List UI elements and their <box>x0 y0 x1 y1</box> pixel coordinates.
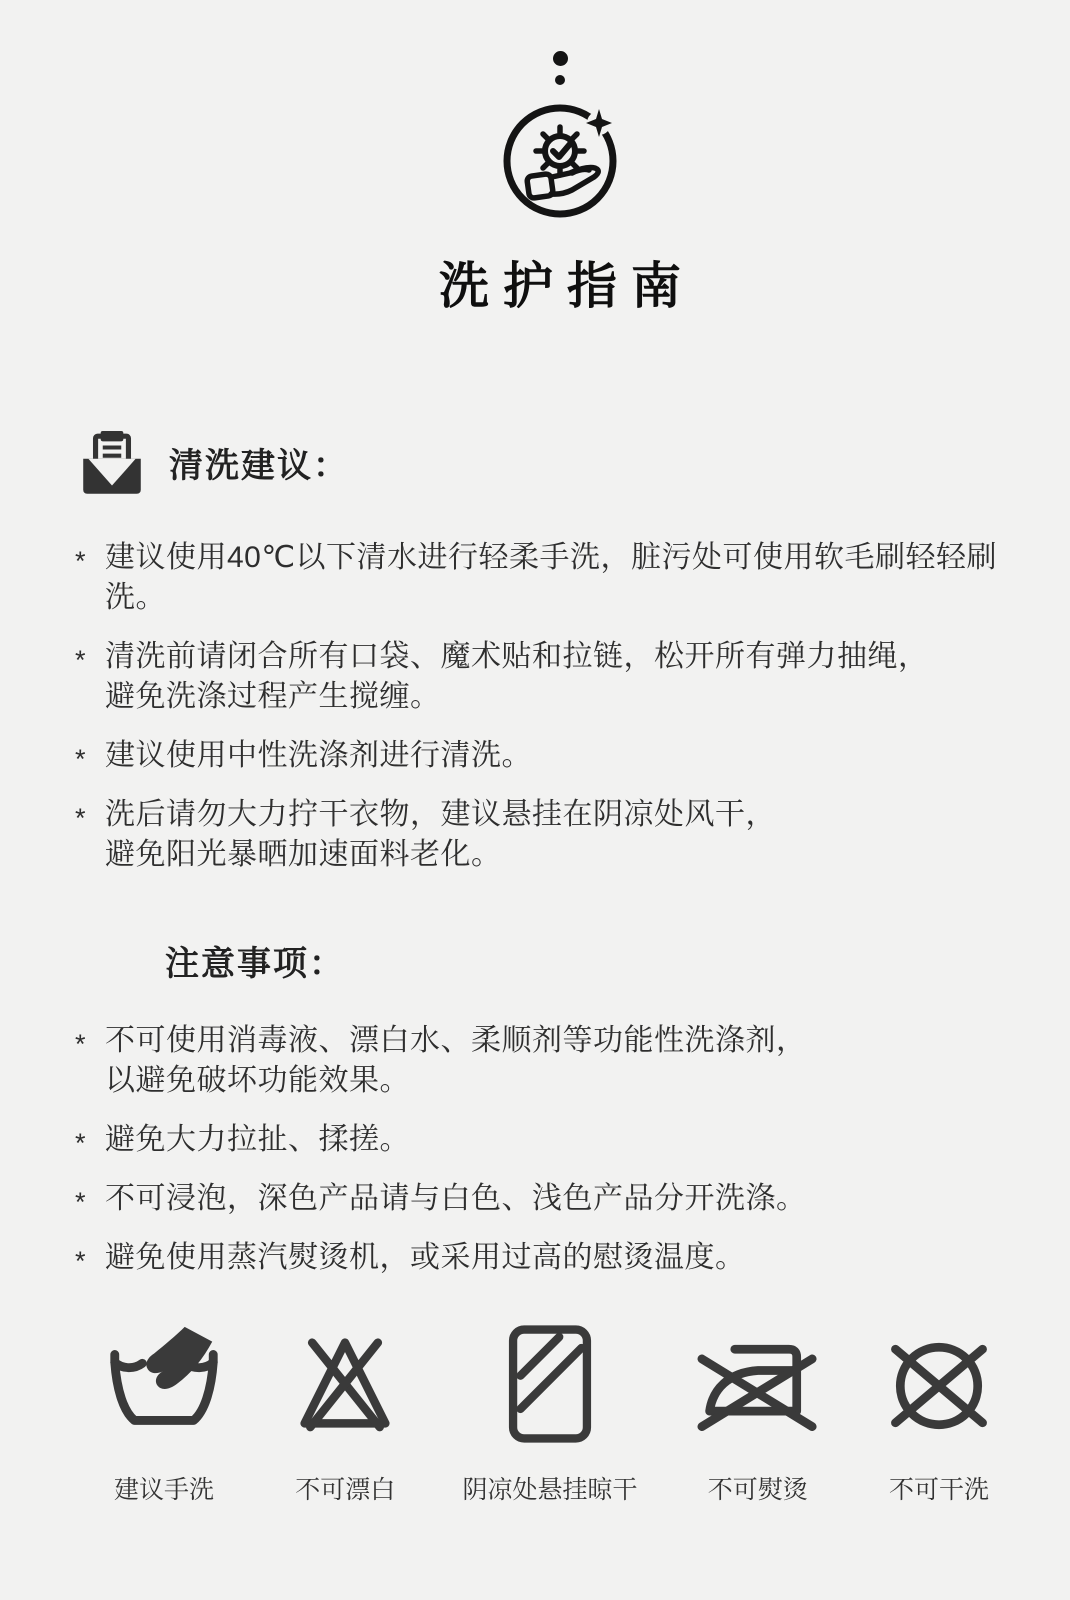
bullet-marker: * <box>75 1024 105 1104</box>
section-washing-advice: 清洗建议： * 建议使用40℃以下清水进行轻柔手洗，脏污处可使用软毛刷轻轻刷洗。… <box>75 430 1040 875</box>
bullet-text: 避免大力拉扯、揉搓。 <box>105 1120 410 1160</box>
bullet-item: * 避免大力拉扯、揉搓。 <box>75 1120 1040 1160</box>
bullet-text: 不可使用消毒液、漂白水、柔顺剂等功能性洗涤剂， 以避免破坏功能效果。 <box>105 1021 807 1101</box>
page-title: 洗护指南 <box>25 260 1070 312</box>
bullet-marker: * <box>75 1241 105 1281</box>
hero: 洗护指南 <box>25 0 1070 312</box>
section-title: 注意事项： <box>165 943 345 985</box>
care-symbol-no-iron: 不可熨烫 <box>694 1320 822 1506</box>
care-symbol-label: 不可熨烫 <box>708 1470 808 1506</box>
bullet-item: * 建议使用中性洗涤剂进行清洗。 <box>75 736 1040 776</box>
bullet-item: * 避免使用蒸汽熨烫机，或采用过高的慰烫温度。 <box>75 1238 1040 1278</box>
care-symbol-shade-hang-dry: 阴凉处悬挂晾干 <box>462 1320 637 1506</box>
care-icon-box <box>502 1320 598 1446</box>
decor-dot-small <box>555 75 565 85</box>
bullet-text: 清洗前请闭合所有口袋、魔术贴和拉链，松开所有弹力抽绳， 避免洗涤过程产生搅缠。 <box>105 637 929 717</box>
bullet-item: * 不可使用消毒液、漂白水、柔顺剂等功能性洗涤剂， 以避免破坏功能效果。 <box>75 1021 1040 1101</box>
do-not-dry-clean-icon <box>878 1326 1000 1446</box>
bullet-text: 避免使用蒸汽熨烫机，或采用过高的慰烫温度。 <box>105 1238 746 1278</box>
care-symbol-label: 不可漂白 <box>295 1470 395 1506</box>
do-not-bleach-icon <box>284 1320 406 1446</box>
section-washing-advice-header: 清洗建议： <box>75 430 1040 502</box>
bullet-marker: * <box>75 640 105 720</box>
bullet-marker: * <box>75 541 105 621</box>
care-symbol-label: 不可干洗 <box>889 1470 989 1506</box>
bullet-text: 建议使用40℃以下清水进行轻柔手洗，脏污处可使用软毛刷轻轻刷洗。 <box>105 538 1040 618</box>
bullet-text: 洗后请勿大力拧干衣物，建议悬挂在阴凉处风干， 避免阳光暴晒加速面料老化。 <box>105 795 776 875</box>
bullet-item: * 建议使用40℃以下清水进行轻柔手洗，脏污处可使用软毛刷轻轻刷洗。 <box>75 538 1040 618</box>
care-symbol-hand-wash: 建议手洗 <box>100 1320 228 1506</box>
bullet-marker: * <box>75 1123 105 1163</box>
bullet-item: * 洗后请勿大力拧干衣物，建议悬挂在阴凉处风干， 避免阳光暴晒加速面料老化。 <box>75 795 1040 875</box>
do-not-iron-icon <box>694 1326 822 1446</box>
shade-hang-dry-icon <box>502 1322 598 1446</box>
care-guide-page: 洗护指南 清洗建议： * 建议使用40℃以下清水进行轻柔手洗，脏污处可使用软毛刷 <box>0 0 1070 1600</box>
bullet-item: * 清洗前请闭合所有口袋、魔术贴和拉链，松开所有弹力抽绳， 避免洗涤过程产生搅缠… <box>75 637 1040 717</box>
bullet-marker: * <box>75 1182 105 1222</box>
bullet-list: * 不可使用消毒液、漂白水、柔顺剂等功能性洗涤剂， 以避免破坏功能效果。 * 避… <box>75 1021 1040 1278</box>
section-title: 清洗建议： <box>169 445 349 487</box>
gear-in-hand-icon <box>498 99 622 223</box>
bullet-text: 建议使用中性洗涤剂进行清洗。 <box>105 736 532 776</box>
bullet-item: * 不可浸泡，深色产品请与白色、浅色产品分开洗涤。 <box>75 1179 1040 1219</box>
open-mail-icon <box>75 430 149 502</box>
care-symbol-label: 阴凉处悬挂晾干 <box>462 1470 637 1506</box>
section-precautions: 注意事项： * 不可使用消毒液、漂白水、柔顺剂等功能性洗涤剂， 以避免破坏功能效… <box>75 943 1040 1278</box>
care-symbol-no-bleach: 不可漂白 <box>284 1320 406 1506</box>
hand-wash-icon <box>100 1324 228 1446</box>
decor-dot-large <box>553 51 568 66</box>
bullet-list: * 建议使用40℃以下清水进行轻柔手洗，脏污处可使用软毛刷轻轻刷洗。 * 清洗前… <box>75 538 1040 875</box>
care-icon-box <box>100 1320 228 1446</box>
care-symbols-row: 建议手洗 不可漂白 <box>0 1320 1070 1506</box>
care-symbol-label: 建议手洗 <box>114 1470 214 1506</box>
care-icon-box <box>694 1320 822 1446</box>
bullet-text: 不可浸泡，深色产品请与白色、浅色产品分开洗涤。 <box>105 1179 807 1219</box>
care-icon-box <box>878 1320 1000 1446</box>
care-symbol-no-dry-clean: 不可干洗 <box>878 1320 1000 1506</box>
bullet-marker: * <box>75 739 105 779</box>
bullet-marker: * <box>75 798 105 878</box>
care-icon-box <box>284 1320 406 1446</box>
section-precautions-header: 注意事项： <box>75 943 1040 985</box>
content: 清洗建议： * 建议使用40℃以下清水进行轻柔手洗，脏污处可使用软毛刷轻轻刷洗。… <box>0 430 1070 1278</box>
